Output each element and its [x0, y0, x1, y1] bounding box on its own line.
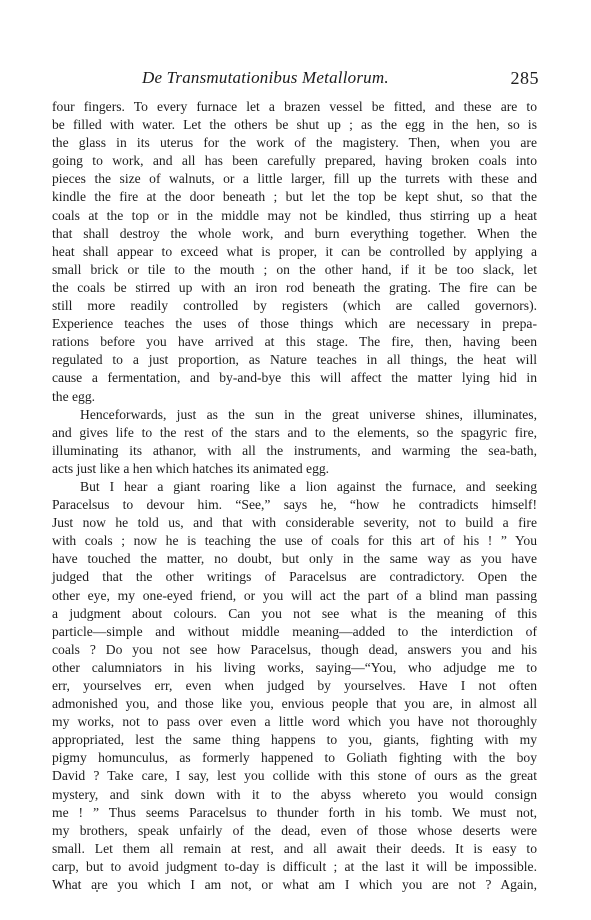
text-line: Just now he told us, and that with consi… — [52, 514, 537, 532]
text-line: still more readily controlled by registe… — [52, 297, 537, 315]
paragraph-start-line: Henceforwards, just as the sun in the gr… — [52, 406, 537, 424]
text-line: pigmy homunculus, as formerly happened t… — [52, 749, 537, 767]
text-line: Paracelsus to devour him. “See,” says he… — [52, 496, 537, 514]
text-line: particle—simple and without middle meani… — [52, 623, 537, 641]
text-line: coals ? Do you not see how Paracelsus, t… — [52, 641, 537, 659]
text-line: my brothers, speak unfairly of the dead,… — [52, 822, 537, 840]
text-line: rations before you have arrived at this … — [52, 333, 537, 351]
text-line: coals at the top or in the middle may no… — [52, 207, 537, 225]
text-line: small brick or tile to the mouth ; on th… — [52, 261, 537, 279]
text-line: my works, not to pass over even a little… — [52, 713, 537, 731]
text-line: me ! ” Thus seems Paracelsus to thunder … — [52, 804, 537, 822]
page-number: 285 — [511, 68, 540, 89]
text-line: the coals be stirred up with an iron rod… — [52, 279, 537, 297]
text-line: err, yourselves err, even when judged by… — [52, 677, 537, 695]
text-line: admonished you, and those like you, envi… — [52, 695, 537, 713]
text-line: a judgment about colours. Can you not se… — [52, 605, 537, 623]
body-text: four fingers. To every furnace let a bra… — [52, 98, 537, 894]
text-line: and gives life to the rest of the stars … — [52, 424, 537, 442]
text-line: appropriated, lest the same thing happen… — [52, 731, 537, 749]
text-line: David ? Take care, I say, lest you colli… — [52, 767, 537, 785]
text-line: cause a fermentation, and by-and-bye thi… — [52, 369, 537, 387]
text-line: Experience teaches the uses of those thi… — [52, 315, 537, 333]
text-line: four fingers. To every furnace let a bra… — [52, 98, 537, 116]
paragraph-start-line: But I hear a giant roaring like a lion a… — [52, 478, 537, 496]
text-line: mystery, and sink down with it to the ab… — [52, 786, 537, 804]
book-page: De Transmutationibus Metallorum. 285 fou… — [0, 0, 591, 920]
text-line: kindle the fire at the door beneath ; bu… — [52, 188, 537, 206]
text-line: regulated to a just proportion, as Natur… — [52, 351, 537, 369]
text-line: other eye, my one-eyed friend, or you wi… — [52, 587, 537, 605]
text-line: have touched the matter, no doubt, but o… — [52, 550, 537, 568]
text-line: be filled with water. Let the others be … — [52, 116, 537, 134]
text-line: heat shall appear to exceed what is prop… — [52, 243, 537, 261]
paragraph-end-line: acts just like a hen which hatches its a… — [52, 460, 537, 478]
text-line: other calumniators in his living works, … — [52, 659, 537, 677]
text-line: illuminating its athanor, with all the i… — [52, 442, 537, 460]
text-line: that shall destroy the whole work, and b… — [52, 225, 537, 243]
text-line: the glass in its uterus for the work of … — [52, 134, 537, 152]
text-line: with coals ; now he is teaching the use … — [52, 532, 537, 550]
text-line: pieces the size of walnuts, or a little … — [52, 170, 537, 188]
text-line: What are you which I am not, or what am … — [52, 876, 537, 894]
text-line: small. Let them all remain at rest, and … — [52, 840, 537, 858]
scan-speck — [96, 890, 98, 892]
text-line: carp, but to avoid judgment to-day is di… — [52, 858, 537, 876]
running-title: De Transmutationibus Metallorum. — [142, 68, 389, 88]
text-line: judged that the other writings of Parace… — [52, 568, 537, 586]
paragraph-end-line: the egg. — [52, 388, 537, 406]
text-line: going to work, and all has been carefull… — [52, 152, 537, 170]
running-head: De Transmutationibus Metallorum. 285 — [52, 68, 538, 92]
